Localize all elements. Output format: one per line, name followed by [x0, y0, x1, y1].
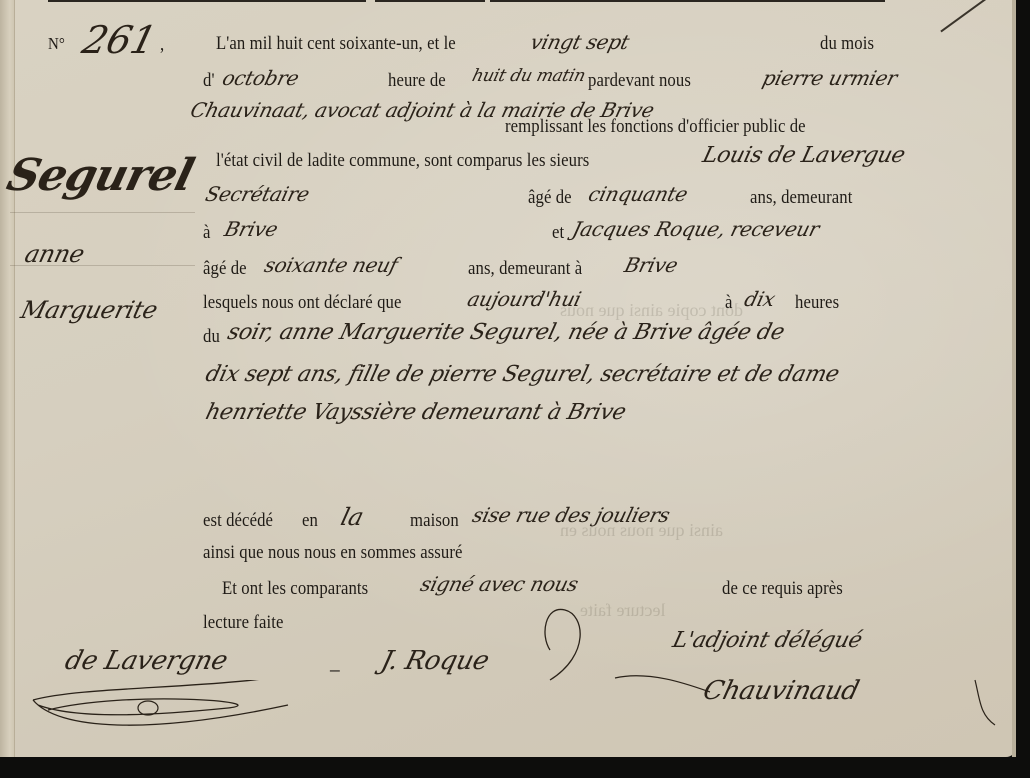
text-comparants: Et ont les comparants: [222, 578, 368, 600]
text-pardevant: pardevant nous: [588, 70, 691, 92]
text-line-5: l'état civil de ladite commune, sont com…: [216, 150, 589, 172]
witness-1-age: cinquante: [586, 182, 690, 206]
text-hour-label: heure de: [388, 70, 446, 92]
date-month: octobre: [220, 66, 301, 90]
text-maison: maison: [410, 510, 459, 532]
record-number: 261: [78, 18, 161, 62]
signature-witness-2: J. Roque: [378, 646, 492, 676]
text-et: et: [552, 222, 564, 244]
text-a-2: à: [725, 292, 733, 314]
text-assure: ainsi que nous nous en sommes assuré: [203, 542, 463, 564]
margin-given-name-1: anne: [22, 240, 87, 268]
top-rule: [375, 0, 485, 2]
signature-flourish-3: [610, 670, 1000, 730]
margin-guide-line: [10, 265, 195, 266]
death-place-article: la: [338, 503, 366, 531]
death-place-address: sise rue des jouliers: [470, 503, 672, 527]
top-rule: [490, 0, 885, 2]
death-hour: dix: [742, 287, 778, 311]
witness-2-residence: Brive: [622, 253, 680, 277]
signature-flourish: [28, 680, 328, 740]
text-a: à: [203, 222, 211, 244]
witness-2-age: soixante neuf: [262, 253, 400, 277]
text-age-label-2: âgé de: [203, 258, 247, 280]
text-line-1-end: du mois: [820, 33, 874, 55]
signing-note: signé avec nous: [418, 572, 581, 596]
bleed-through: dont copie ainsi que nous: [560, 300, 743, 321]
text-lecture-faite: lecture faite: [203, 612, 284, 634]
signature-separator: –: [330, 656, 340, 682]
witness-2-name: Jacques Roque, receveur: [570, 217, 822, 241]
margin-surname: Segurel: [2, 150, 198, 201]
text-du: du: [203, 326, 220, 348]
top-rule: [48, 0, 366, 2]
deceased-mother: henriette Vayssière demeurant à Brive: [203, 400, 628, 425]
margin-guide-line: [10, 212, 195, 213]
record-number-label: N°: [48, 34, 65, 54]
record-number-suffix: ,: [160, 34, 164, 56]
official-title-signature: L'adjoint délégué: [670, 628, 865, 653]
text-age-label: âgé de: [528, 187, 572, 209]
signature-witness-1: de Lavergne: [62, 646, 231, 676]
date-hour: huit du matin: [470, 66, 587, 86]
register-page: dont copie ainsi que nous ainsi que nous…: [0, 0, 1016, 757]
deceased-parents: dix sept ans, fille de pierre Segurel, s…: [203, 362, 842, 387]
pen-stroke: [940, 0, 998, 32]
official-first-name: pierre urmier: [760, 66, 900, 90]
bleed-through: lecture faite: [580, 600, 665, 621]
deceased-details: soir, anne Marguerite Segurel, née à Bri…: [225, 320, 787, 345]
text-en: en: [302, 510, 318, 532]
text-heures: heures: [795, 292, 839, 314]
text-line-1: L'an mil huit cent soixante-un, et le: [216, 33, 456, 55]
margin-given-name-2: Marguerite: [18, 296, 160, 324]
death-day: aujourd'hui: [465, 287, 584, 311]
witness-1-profession: Secrétaire: [203, 182, 312, 206]
text-demeurant: ans, demeurant: [750, 187, 852, 209]
page-edge: [1012, 0, 1016, 757]
witness-1-residence: Brive: [222, 217, 280, 241]
book-binding: [0, 0, 15, 757]
signature-flourish-2: [520, 605, 590, 685]
text-demeurant-a: ans, demeurant à: [468, 258, 582, 280]
witness-1-name: Louis de Lavergue: [700, 143, 908, 168]
text-line-2: d': [203, 70, 215, 92]
date-day: vingt sept: [528, 30, 632, 54]
text-requis: de ce requis après: [722, 578, 843, 600]
text-declare: lesquels nous ont déclaré que: [203, 292, 401, 314]
text-line-4: remplissant les fonctions d'officier pub…: [505, 116, 806, 138]
text-est-decede: est décédé: [203, 510, 273, 532]
